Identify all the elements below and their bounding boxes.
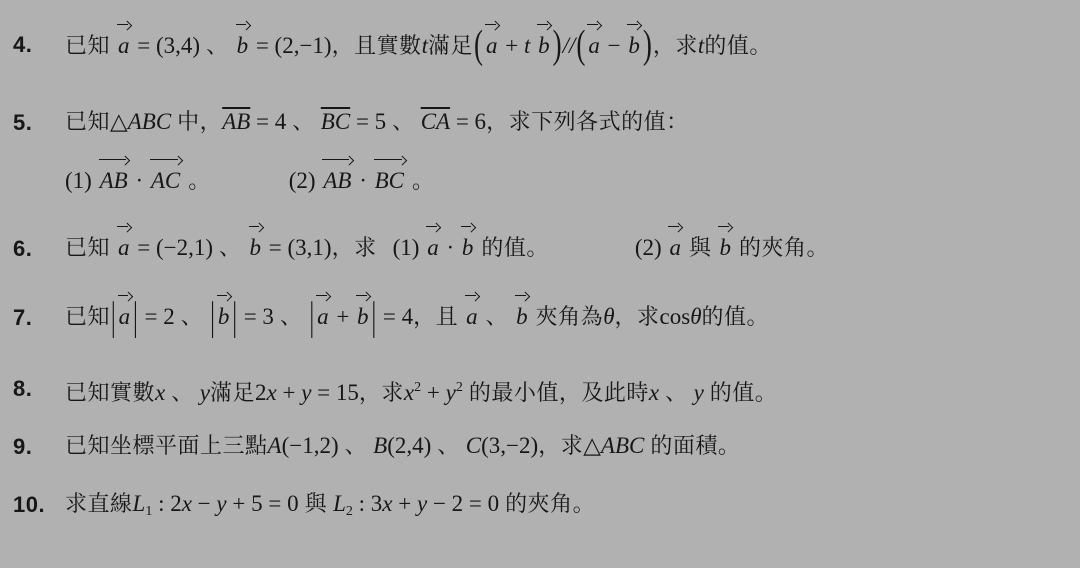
problem-content: 已知坐標平面上三點A(−1,2) 、 B(2,4) 、 C(3,−2)，求△AB…: [65, 428, 1080, 464]
vector-arrow-icon: [537, 21, 551, 29]
cjk-text: ，且實數: [332, 33, 422, 58]
abs-value-bar: |: [372, 286, 377, 349]
vector-term: b: [248, 230, 264, 266]
vector-arrow-icon: [465, 292, 479, 300]
problem-line: 9.已知坐標平面上三點A(−1,2) 、 B(2,4) 、 C(3,−2)，求△…: [0, 428, 1080, 464]
cjk-text: 、: [339, 433, 374, 458]
math-roman: −: [192, 491, 216, 516]
abs-value-bar: |: [210, 286, 215, 349]
math-roman: = 4: [377, 304, 413, 329]
segment-overline: CA: [421, 109, 450, 134]
cjk-text: 、: [274, 304, 309, 329]
math-italic: y: [446, 380, 456, 405]
cjk-text: 與: [683, 235, 718, 260]
math-roman: : 3: [353, 491, 382, 516]
vector-term: b: [235, 28, 251, 64]
vector-arrow-icon: [150, 156, 181, 164]
vector-letters: a: [118, 235, 130, 260]
subscript: 2: [346, 504, 353, 519]
big-paren: ): [643, 17, 652, 71]
vector-term: AB: [98, 163, 130, 199]
math-italic: L: [133, 491, 146, 516]
abs-value-bar: |: [309, 286, 314, 349]
problem-content: 已知△ABC 中，AB = 4 、 BC = 5 、 CA = 6，求下列各式的…: [65, 104, 1080, 140]
vector-letters: a: [466, 304, 478, 329]
math-roman: +: [331, 304, 355, 329]
vector-term: BC: [373, 163, 406, 199]
math-roman: = 3: [238, 304, 274, 329]
problem-line: 6.已知 a = (−2,1) 、 b = (3,1)，求(1) a · b 的…: [0, 230, 1080, 266]
math-italic: y: [694, 380, 704, 405]
vector-arrow-icon: [461, 223, 475, 231]
vector-arrow-icon: [515, 292, 529, 300]
vector-term: a: [464, 299, 480, 335]
vector-arrow-icon: [316, 292, 330, 300]
math-italic: B: [373, 433, 387, 458]
cjk-text: ，求: [653, 33, 698, 58]
problem-line: 4.已知 a = (3,4) 、 b = (2,−1)，且實數t滿足(a + t…: [0, 26, 1080, 64]
cjk-text: 的值。: [704, 33, 772, 58]
vector-term: a: [484, 28, 500, 64]
segment-overline: AB: [222, 109, 250, 134]
spacer: [377, 254, 393, 255]
vector-term: a: [425, 230, 441, 266]
cjk-text: ，求: [332, 235, 377, 260]
math-italic: θ: [690, 304, 701, 329]
cjk-text: 已知: [65, 109, 110, 134]
cjk-text: 的值。: [475, 235, 549, 260]
cjk-text: 與: [299, 491, 334, 516]
problem-number: 4.: [13, 27, 32, 63]
vector-letters: b: [516, 304, 528, 329]
cjk-text: 滿足: [428, 33, 473, 58]
cjk-text: 、: [431, 433, 466, 458]
math-roman: ·: [130, 168, 149, 193]
vector-letters: BC: [375, 168, 404, 193]
math-italic: x: [182, 491, 192, 516]
math-italic: C: [466, 433, 481, 458]
problem-content: 已知實數x 、 y滿足2x + y = 15，求x2 + y2 的最小值，及此時…: [65, 370, 1080, 411]
vector-arrow-icon: [718, 223, 732, 231]
math-roman: △: [583, 433, 601, 458]
vector-arrow-icon: [217, 292, 231, 300]
problem-line: 10.求直線L1 : 2x − y + 5 = 0 與 L2 : 3x + y …: [0, 486, 1080, 530]
vector-arrow-icon: [118, 292, 132, 300]
vector-letters: a: [119, 304, 131, 329]
cjk-text: 已知實數: [65, 380, 155, 405]
cjk-text: ，且: [413, 304, 464, 329]
math-italic: //: [563, 33, 576, 58]
math-roman: +: [277, 380, 301, 405]
vector-letters: b: [357, 304, 369, 329]
cjk-text: 、: [213, 235, 248, 260]
math-roman: : 2: [152, 491, 181, 516]
math-italic: t: [524, 33, 536, 58]
cjk-text: ，求下列各式的值：: [486, 109, 689, 134]
math-italic: x: [266, 380, 276, 405]
vector-arrow-icon: [322, 156, 352, 164]
cjk-text: 、: [659, 380, 694, 405]
vector-letters: b: [719, 235, 731, 260]
cjk-text: ，求: [538, 433, 583, 458]
math-roman: (2,4): [387, 433, 431, 458]
vector-term: a: [586, 28, 602, 64]
math-roman: = (3,1): [263, 235, 332, 260]
vector-term: b: [717, 230, 733, 266]
vector-arrow-icon: [99, 156, 129, 164]
cjk-text: 夾角為: [530, 304, 604, 329]
vector-arrow-icon: [236, 21, 250, 29]
math-italic: A: [268, 433, 282, 458]
math-roman: (1): [393, 235, 426, 260]
problem-content: 求直線L1 : 2x − y + 5 = 0 與 L2 : 3x + y − 2…: [65, 486, 1080, 530]
cjk-text: 的夾角。: [733, 235, 829, 260]
math-roman: (−1,2): [282, 433, 339, 458]
spacer: [211, 187, 289, 188]
math-roman: = 5: [350, 109, 386, 134]
math-italic: L: [333, 491, 346, 516]
math-roman: = (−2,1): [132, 235, 214, 260]
vector-term: a: [116, 230, 132, 266]
math-roman: ·: [441, 235, 460, 260]
cjk-text: 、: [200, 33, 235, 58]
math-roman: = 6: [450, 109, 486, 134]
vector-term: b: [460, 230, 476, 266]
cjk-text: 、: [286, 109, 321, 134]
math-roman: − 2 = 0: [427, 491, 499, 516]
math-roman: △: [110, 109, 128, 134]
vector-term: a: [667, 230, 683, 266]
cjk-text: 已知: [65, 33, 116, 58]
math-roman: ·: [353, 168, 372, 193]
cjk-text: 、: [480, 304, 515, 329]
cjk-text: 滿足: [210, 380, 255, 405]
cjk-text: 中，: [171, 109, 222, 134]
abs-value-bar: |: [111, 286, 116, 349]
vector-letters: b: [538, 33, 550, 58]
math-roman: = (2,−1): [250, 33, 332, 58]
vector-arrow-icon: [117, 21, 131, 29]
math-italic: x: [649, 380, 659, 405]
vector-term: b: [536, 28, 552, 64]
cjk-text: 的夾角。: [499, 491, 595, 516]
worksheet: 4.已知 a = (3,4) 、 b = (2,−1)，且實數t滿足(a + t…: [0, 0, 1080, 568]
vector-term: b: [626, 28, 642, 64]
vector-letters: b: [218, 304, 230, 329]
math-italic: ABC: [601, 433, 644, 458]
vector-letters: a: [669, 235, 681, 260]
math-italic: y: [200, 380, 210, 405]
big-paren: ): [553, 17, 562, 71]
vector-arrow-icon: [426, 223, 440, 231]
vector-arrow-icon: [668, 223, 682, 231]
problem-line: (1) AB · AC 。(2) AB · BC 。: [0, 163, 1080, 199]
cjk-text: 的最小值，及此時: [463, 380, 649, 405]
abs-value-bar: |: [232, 286, 237, 349]
problem-content: 已知 a = (3,4) 、 b = (2,−1)，且實數t滿足(a + t b…: [65, 26, 1080, 64]
vector-arrow-icon: [587, 21, 601, 29]
cjk-text: 、: [386, 109, 421, 134]
problem-content: (1) AB · AC 。(2) AB · BC 。: [65, 163, 1080, 199]
vector-term: AC: [149, 163, 182, 199]
vector-letters: a: [588, 33, 600, 58]
math-italic: x: [155, 380, 165, 405]
vector-arrow-icon: [117, 223, 131, 231]
math-roman: = 2: [139, 304, 175, 329]
problem-content: 已知|a| = 2 、 |b| = 3 、 |a + b| = 4，且 a 、 …: [65, 299, 1080, 335]
math-italic: x: [382, 491, 392, 516]
vector-term: b: [355, 299, 371, 335]
math-italic: θ: [603, 304, 614, 329]
vector-arrow-icon: [627, 21, 641, 29]
vector-arrow-icon: [374, 156, 405, 164]
vector-letters: b: [462, 235, 474, 260]
vector-letters: a: [317, 304, 329, 329]
math-italic: y: [417, 491, 427, 516]
cjk-text: 求直線: [65, 491, 133, 516]
cjk-text: ，求: [615, 304, 660, 329]
problem-line: 8.已知實數x 、 y滿足2x + y = 15，求x2 + y2 的最小值，及…: [0, 370, 1080, 411]
cjk-text: 。: [406, 168, 435, 193]
vector-term: AB: [321, 163, 353, 199]
math-roman: +: [393, 491, 417, 516]
math-roman: = (3,4): [132, 33, 201, 58]
vector-term: a: [116, 28, 132, 64]
segment-overline: BC: [321, 109, 350, 134]
vector-term: a: [315, 299, 331, 335]
superscript: 2: [456, 380, 463, 395]
cjk-text: 已知: [65, 304, 110, 329]
problem-line: 7.已知|a| = 2 、 |b| = 3 、 |a + b| = 4，且 a …: [0, 299, 1080, 335]
vector-term: b: [514, 299, 530, 335]
problem-content: 已知 a = (−2,1) 、 b = (3,1)，求(1) a · b 的值。…: [65, 230, 1080, 266]
vector-letters: AB: [323, 168, 351, 193]
problem-line: 5.已知△ABC 中，AB = 4 、 BC = 5 、 CA = 6，求下列各…: [0, 104, 1080, 140]
problem-number: 5.: [13, 105, 32, 141]
cjk-text: 已知: [65, 235, 116, 260]
problem-number: 9.: [13, 429, 32, 465]
vector-arrow-icon: [249, 223, 263, 231]
math-italic: y: [216, 491, 226, 516]
cjk-text: 已知坐標平面上三點: [65, 433, 268, 458]
math-roman: cos: [660, 304, 691, 329]
vector-letters: AB: [100, 168, 128, 193]
math-roman: −: [602, 33, 626, 58]
cjk-text: ，求: [359, 380, 404, 405]
cjk-text: 、: [165, 380, 200, 405]
vector-letters: b: [250, 235, 262, 260]
math-roman: (2): [289, 168, 322, 193]
problem-number: 6.: [13, 231, 32, 267]
vector-term: a: [117, 299, 133, 335]
vector-letters: b: [628, 33, 640, 58]
cjk-text: 的面積。: [644, 433, 740, 458]
big-paren: (: [576, 17, 585, 71]
vector-letters: a: [118, 33, 130, 58]
problem-number: 10.: [13, 487, 45, 523]
big-paren: (: [474, 17, 483, 71]
math-roman: 2: [255, 380, 267, 405]
cjk-text: 的值。: [702, 304, 770, 329]
math-roman: = 4: [250, 109, 286, 134]
vector-term: b: [216, 299, 232, 335]
vector-arrow-icon: [485, 21, 499, 29]
math-italic: y: [301, 380, 311, 405]
cjk-text: 。: [182, 168, 211, 193]
math-roman: (3,−2): [481, 433, 538, 458]
cjk-text: 、: [175, 304, 210, 329]
vector-letters: b: [237, 33, 249, 58]
abs-value-bar: |: [133, 286, 138, 349]
vector-letters: a: [427, 235, 439, 260]
math-roman: +: [421, 380, 445, 405]
math-roman: + 5 = 0: [227, 491, 299, 516]
spacer: [549, 254, 635, 255]
math-roman: = 15: [311, 380, 358, 405]
problem-number: 8.: [13, 371, 32, 407]
math-roman: (1): [65, 168, 98, 193]
vector-letters: a: [486, 33, 498, 58]
math-roman: (2): [635, 235, 668, 260]
vector-arrow-icon: [356, 292, 370, 300]
math-italic: x: [404, 380, 414, 405]
problem-number: 7.: [13, 300, 32, 336]
math-roman: +: [500, 33, 524, 58]
cjk-text: 的值。: [704, 380, 778, 405]
vector-letters: AC: [151, 168, 180, 193]
math-italic: ABC: [128, 109, 171, 134]
